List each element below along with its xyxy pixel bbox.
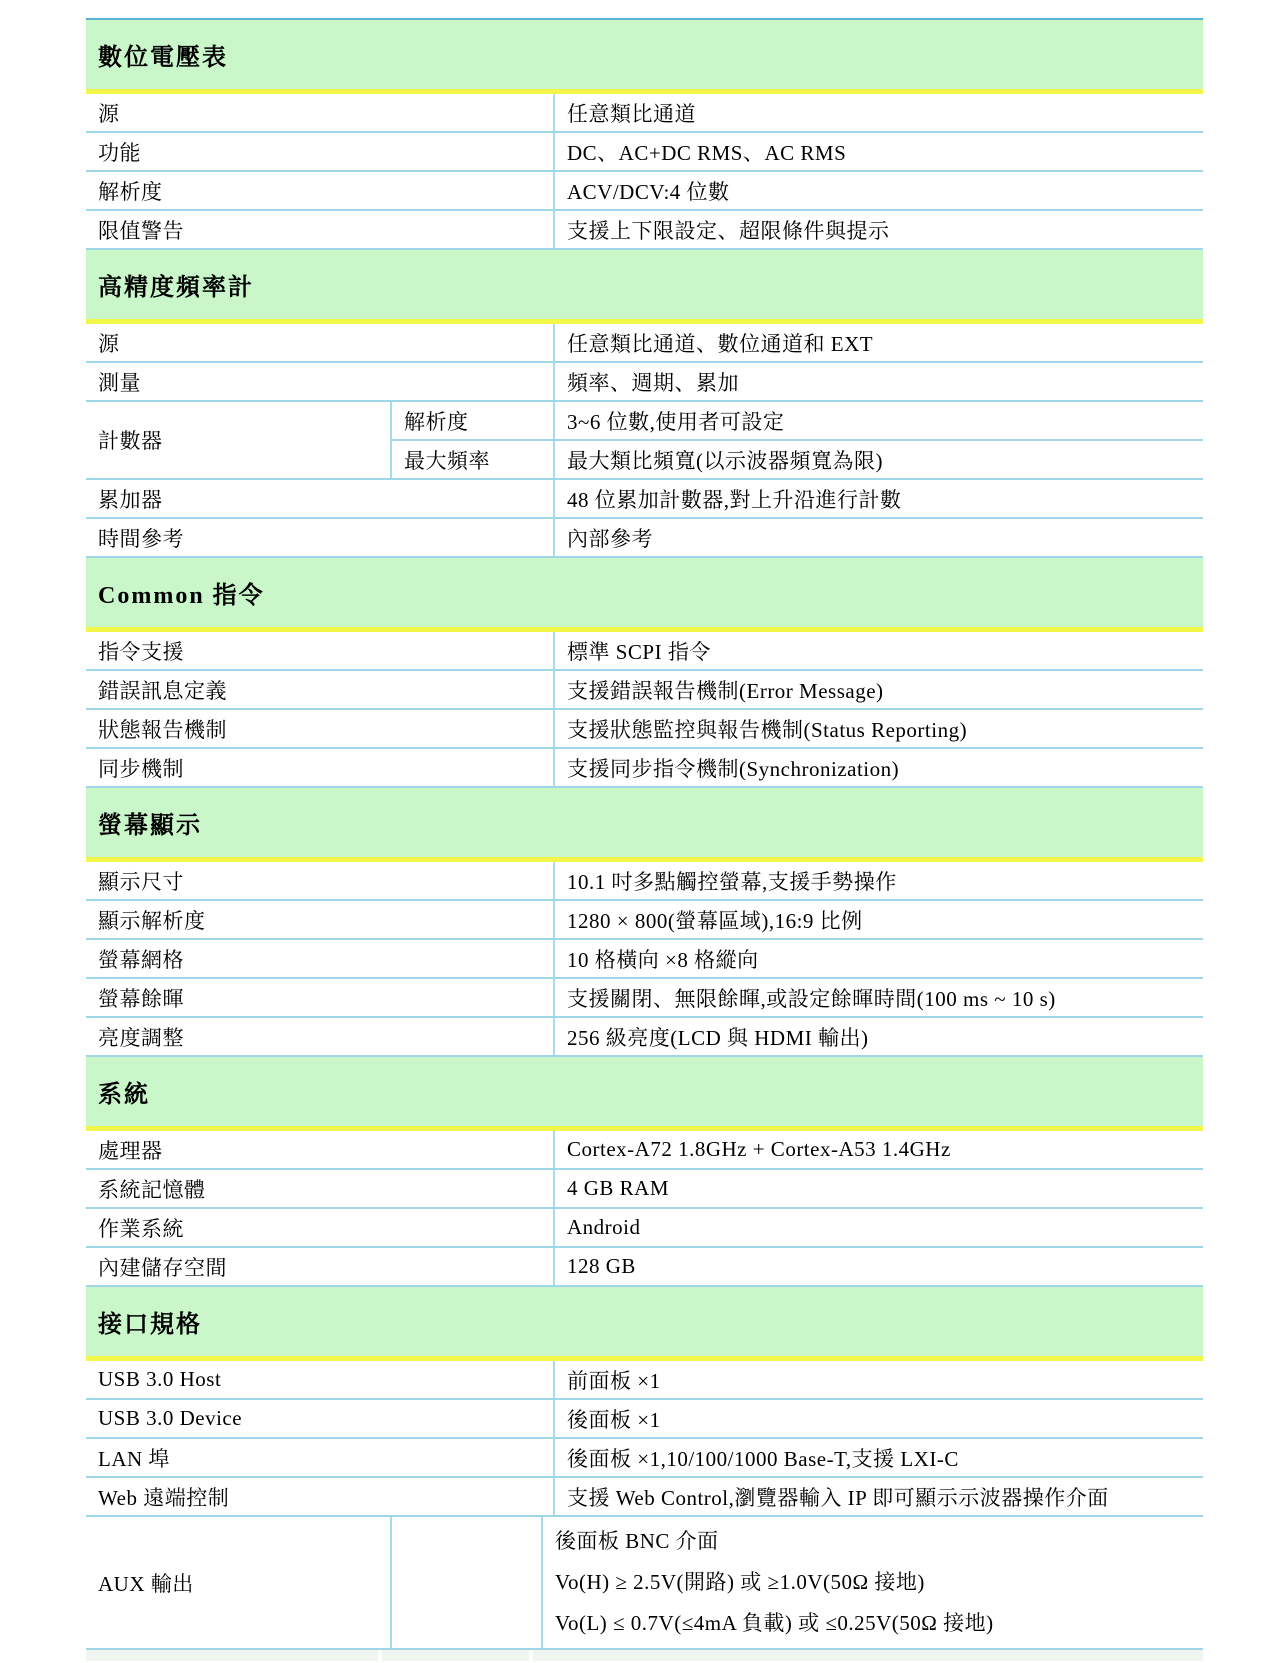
- row-value: 支援同步指令機制(Synchronization): [555, 749, 1203, 786]
- group-sub-rows: 解析度3~6 位數,使用者可設定最大頻率最大類比頻寬(以示波器頻寬為限): [392, 402, 1203, 478]
- row-label: USB 3.0 Host: [86, 1361, 555, 1398]
- spec-row: USB 3.0 Device後面板 ×1: [86, 1400, 1203, 1439]
- spec-row: 作業系統Android: [86, 1209, 1203, 1248]
- row-value-line: Vo(H) ≥ 2.5V(開路) 或 ≥1.0V(50Ω 接地): [555, 1562, 1203, 1603]
- row-label: 同步機制: [86, 749, 555, 786]
- row-label: 時間參考: [86, 519, 555, 556]
- row-value: Cortex-A72 1.8GHz + Cortex-A53 1.4GHz: [555, 1131, 1203, 1168]
- spec-row: LAN 埠後面板 ×1,10/100/1000 Base-T,支援 LXI-C: [86, 1439, 1203, 1478]
- section-title: 螢幕顯示: [86, 805, 202, 840]
- row-label: 狀態報告機制: [86, 710, 555, 747]
- row-value: ACV/DCV:4 位數: [555, 172, 1203, 209]
- spec-row: USB 3.0 Host前面板 ×1: [86, 1361, 1203, 1400]
- spec-row: 功能DC、AC+DC RMS、AC RMS: [86, 133, 1203, 172]
- sub-row-label: 解析度: [392, 402, 555, 439]
- row-label: Web 遠端控制: [86, 1478, 555, 1515]
- row-value: 128 GB: [555, 1248, 1203, 1285]
- spec-row: 解析度ACV/DCV:4 位數: [86, 172, 1203, 211]
- section-title: 接口規格: [86, 1304, 202, 1339]
- row-value: 支援 Web Control,瀏覽器輸入 IP 即可顯示示波器操作介面: [555, 1478, 1203, 1515]
- spec-row: 測量頻率、週期、累加: [86, 363, 1203, 402]
- row-value: 內部參考: [555, 519, 1203, 556]
- group-row: 計數器解析度3~6 位數,使用者可設定最大頻率最大類比頻寬(以示波器頻寬為限): [86, 402, 1203, 480]
- row-label: AUX 輸出: [86, 1517, 392, 1648]
- row-value: 任意類比通道、數位通道和 EXT: [555, 324, 1203, 361]
- spec-row: 限值警告支援上下限設定、超限條件與提示: [86, 211, 1203, 250]
- spec-row: 錯誤訊息定義支援錯誤報告機制(Error Message): [86, 671, 1203, 710]
- row-value: DC、AC+DC RMS、AC RMS: [555, 133, 1203, 170]
- spec-row: 累加器48 位累加計數器,對上升沿進行計數: [86, 480, 1203, 519]
- row-label: 指令支援: [86, 632, 555, 669]
- row-value: Android: [555, 1209, 1203, 1246]
- spec-row: 狀態報告機制支援狀態監控與報告機制(Status Reporting): [86, 710, 1203, 749]
- section-title: 系統: [86, 1074, 150, 1109]
- row-label: 螢幕餘暉: [86, 979, 555, 1016]
- row-value: 支援關閉、無限餘暉,或設定餘暉時間(100 ms ~ 10 s): [555, 979, 1203, 1016]
- row-label: 顯示解析度: [86, 901, 555, 938]
- section-header: 接口規格: [86, 1287, 1203, 1361]
- row-value: 任意類比通道: [555, 94, 1203, 131]
- sub-row: 解析度3~6 位數,使用者可設定: [392, 402, 1203, 441]
- spec-row: 亮度調整256 級亮度(LCD 與 HDMI 輸出): [86, 1018, 1203, 1057]
- row-value: 後面板 ×1: [555, 1400, 1203, 1437]
- row-value-line: Vo(L) ≤ 0.7V(≤4mA 負載) 或 ≤0.25V(50Ω 接地): [555, 1603, 1203, 1644]
- partial-next-row-cell: [382, 1650, 529, 1661]
- section-title: Common 指令: [86, 575, 265, 610]
- row-value: 支援上下限設定、超限條件與提示: [555, 211, 1203, 248]
- row-value: 標準 SCPI 指令: [555, 632, 1203, 669]
- spec-row: 指令支援標準 SCPI 指令: [86, 632, 1203, 671]
- row-value: 10.1 吋多點觸控螢幕,支援手勢操作: [555, 862, 1203, 899]
- row-label: 顯示尺寸: [86, 862, 555, 899]
- row-label: 源: [86, 324, 555, 361]
- partial-next-row-cell: [86, 1650, 378, 1661]
- spec-page: 數位電壓表源任意類比通道功能DC、AC+DC RMS、AC RMS解析度ACV/…: [0, 0, 1276, 1663]
- spec-table: 數位電壓表源任意類比通道功能DC、AC+DC RMS、AC RMS解析度ACV/…: [86, 18, 1203, 1661]
- spec-row: Web 遠端控制支援 Web Control,瀏覽器輸入 IP 即可顯示示波器操…: [86, 1478, 1203, 1517]
- row-label: 源: [86, 94, 555, 131]
- row-label: 作業系統: [86, 1209, 555, 1246]
- row-value: 1280 × 800(螢幕區域),16:9 比例: [555, 901, 1203, 938]
- row-value: 10 格橫向 ×8 格縱向: [555, 940, 1203, 977]
- group-label: 計數器: [86, 402, 392, 478]
- section-title: 高精度頻率計: [86, 267, 254, 302]
- spec-row: 源任意類比通道、數位通道和 EXT: [86, 324, 1203, 363]
- row-value-cell: 後面板 BNC 介面Vo(H) ≥ 2.5V(開路) 或 ≥1.0V(50Ω 接…: [543, 1517, 1203, 1648]
- row-label: 處理器: [86, 1131, 555, 1168]
- row-value: 前面板 ×1: [555, 1361, 1203, 1398]
- spec-row: 處理器Cortex-A72 1.8GHz + Cortex-A53 1.4GHz: [86, 1131, 1203, 1170]
- sub-row: 最大頻率最大類比頻寬(以示波器頻寬為限): [392, 441, 1203, 478]
- spec-row: 顯示尺寸10.1 吋多點觸控螢幕,支援手勢操作: [86, 862, 1203, 901]
- row-label: 解析度: [86, 172, 555, 209]
- partial-next-row: [86, 1650, 1203, 1661]
- aux-empty-sub-cell: [392, 1517, 543, 1648]
- row-label: USB 3.0 Device: [86, 1400, 555, 1437]
- row-value: 頻率、週期、累加: [555, 363, 1203, 400]
- row-label: 內建儲存空間: [86, 1248, 555, 1285]
- section-title: 數位電壓表: [86, 37, 228, 72]
- row-label: 錯誤訊息定義: [86, 671, 555, 708]
- row-label: 功能: [86, 133, 555, 170]
- spec-row: 同步機制支援同步指令機制(Synchronization): [86, 749, 1203, 788]
- row-value: 48 位累加計數器,對上升沿進行計數: [555, 480, 1203, 517]
- spec-row: 螢幕網格10 格橫向 ×8 格縱向: [86, 940, 1203, 979]
- row-value-line: 後面板 BNC 介面: [555, 1521, 1203, 1562]
- section-header: 高精度頻率計: [86, 250, 1203, 324]
- row-value: 支援狀態監控與報告機制(Status Reporting): [555, 710, 1203, 747]
- row-value: 支援錯誤報告機制(Error Message): [555, 671, 1203, 708]
- section-header: Common 指令: [86, 558, 1203, 632]
- row-label: LAN 埠: [86, 1439, 555, 1476]
- spec-row: 顯示解析度1280 × 800(螢幕區域),16:9 比例: [86, 901, 1203, 940]
- spec-row: 內建儲存空間128 GB: [86, 1248, 1203, 1287]
- spec-row: 系統記憶體4 GB RAM: [86, 1170, 1203, 1209]
- row-label: 累加器: [86, 480, 555, 517]
- spec-row: 源任意類比通道: [86, 94, 1203, 133]
- spec-row: 時間參考內部參考: [86, 519, 1203, 558]
- row-value: 256 級亮度(LCD 與 HDMI 輸出): [555, 1018, 1203, 1055]
- spec-row: 螢幕餘暉支援關閉、無限餘暉,或設定餘暉時間(100 ms ~ 10 s): [86, 979, 1203, 1018]
- section-header: 系統: [86, 1057, 1203, 1131]
- partial-next-row-cell: [533, 1650, 1203, 1661]
- row-label: 螢幕網格: [86, 940, 555, 977]
- row-label: 系統記憶體: [86, 1170, 555, 1207]
- sub-row-value: 最大類比頻寬(以示波器頻寬為限): [555, 441, 1203, 478]
- sub-row-value: 3~6 位數,使用者可設定: [555, 402, 1203, 439]
- section-header: 螢幕顯示: [86, 788, 1203, 862]
- sub-row-label: 最大頻率: [392, 441, 555, 478]
- row-label: 亮度調整: [86, 1018, 555, 1055]
- row-value: 4 GB RAM: [555, 1170, 1203, 1207]
- row-label: 測量: [86, 363, 555, 400]
- section-header: 數位電壓表: [86, 20, 1203, 94]
- row-value: 後面板 ×1,10/100/1000 Base-T,支援 LXI-C: [555, 1439, 1203, 1476]
- row-label: 限值警告: [86, 211, 555, 248]
- aux-output-row: AUX 輸出後面板 BNC 介面Vo(H) ≥ 2.5V(開路) 或 ≥1.0V…: [86, 1517, 1203, 1650]
